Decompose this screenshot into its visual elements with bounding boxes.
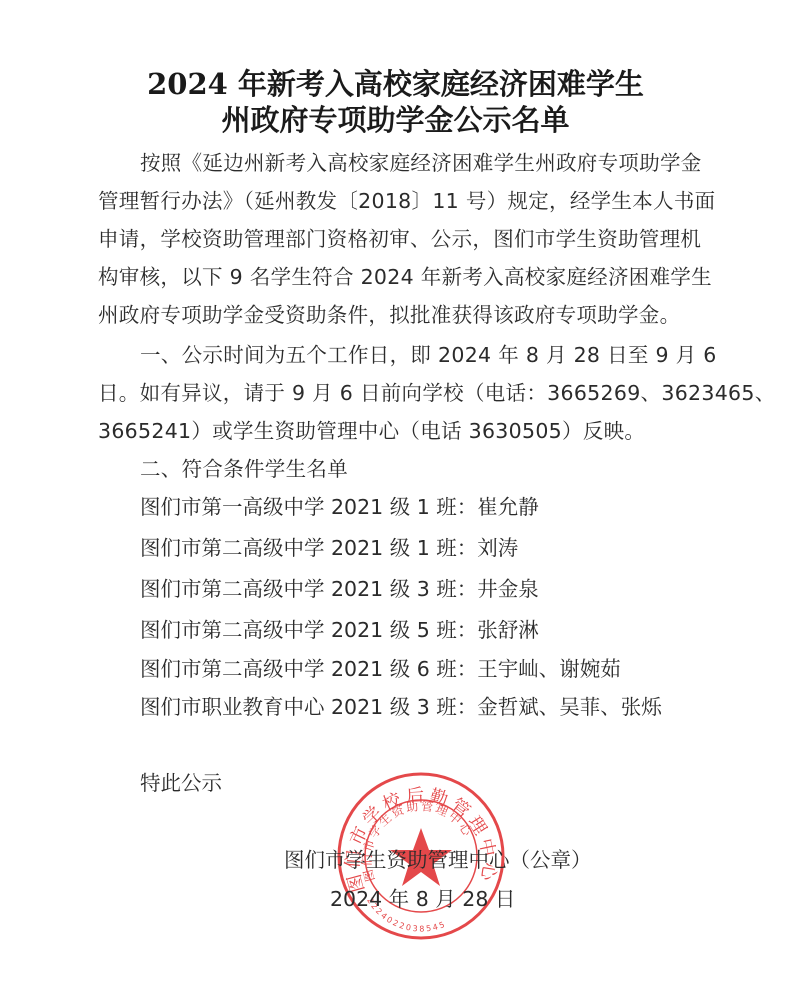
student-names: 刘涛 [477,536,518,560]
class-label: 图们市职业教育中心 2021 级 3 班： [140,695,477,719]
title-line-1: 2024 年新考入高校家庭经济困难学生 [0,62,791,103]
intro-line: 申请，学校资助管理部门资格初审、公示，图们市学生资助管理机 [98,222,698,252]
class-label: 图们市第二高级中学 2021 级 6 班： [140,657,477,681]
signature-organization: 图们市学生资助管理中心（公章） [284,843,592,873]
student-names: 崔允静 [477,495,539,519]
section-2-heading: 二、符合条件学生名单 [140,452,740,482]
student-names: 金哲斌、吴菲、张烁 [477,695,662,719]
section-1-line: 日。如有异议，请于 9 月 6 日前向学校（电话：3665269、3623465… [98,376,698,406]
intro-line: 州政府专项助学金受资助条件，拟批准获得该政府专项助学金。 [98,298,698,328]
class-label: 图们市第二高级中学 2021 级 1 班： [140,536,477,560]
list-item: 图们市第一高级中学 2021 级 1 班：崔允静 [140,490,539,520]
student-names: 张舒淋 [477,618,539,642]
class-label: 图们市第二高级中学 2021 级 5 班： [140,618,477,642]
student-names: 井金泉 [477,577,539,601]
intro-line: 构审核，以下 9 名学生符合 2024 年新考入高校家庭经济困难学生 [98,260,698,290]
signature-date: 2024 年 8 月 28 日 [330,882,515,912]
section-1-line: 3665241）或学生资助管理中心（电话 3630505）反映。 [98,414,698,444]
list-item: 图们市第二高级中学 2021 级 1 班：刘涛 [140,531,518,561]
section-1-line: 一、公示时间为五个工作日，即 2024 年 8 月 28 日至 9 月 6 [140,338,740,368]
list-item: 图们市第二高级中学 2021 级 5 班：张舒淋 [140,613,539,643]
title-line-2: 州政府专项助学金公示名单 [0,98,791,139]
class-label: 图们市第一高级中学 2021 级 1 班： [140,495,477,519]
closing-text: 特此公示 [140,766,222,796]
intro-line: 管理暂行办法》（延州教发〔2018〕11 号）规定，经学生本人书面 [98,184,698,214]
class-label: 图们市第二高级中学 2021 级 3 班： [140,577,477,601]
student-names: 王宇屾、谢婉茹 [477,657,621,681]
intro-line: 按照《延边州新考入高校家庭经济困难学生州政府专项助学金 [140,146,740,176]
list-item: 图们市第二高级中学 2021 级 6 班：王宇屾、谢婉茹 [140,652,621,682]
list-item: 图们市第二高级中学 2021 级 3 班：井金泉 [140,572,539,602]
list-item: 图们市职业教育中心 2021 级 3 班：金哲斌、吴菲、张烁 [140,690,662,720]
